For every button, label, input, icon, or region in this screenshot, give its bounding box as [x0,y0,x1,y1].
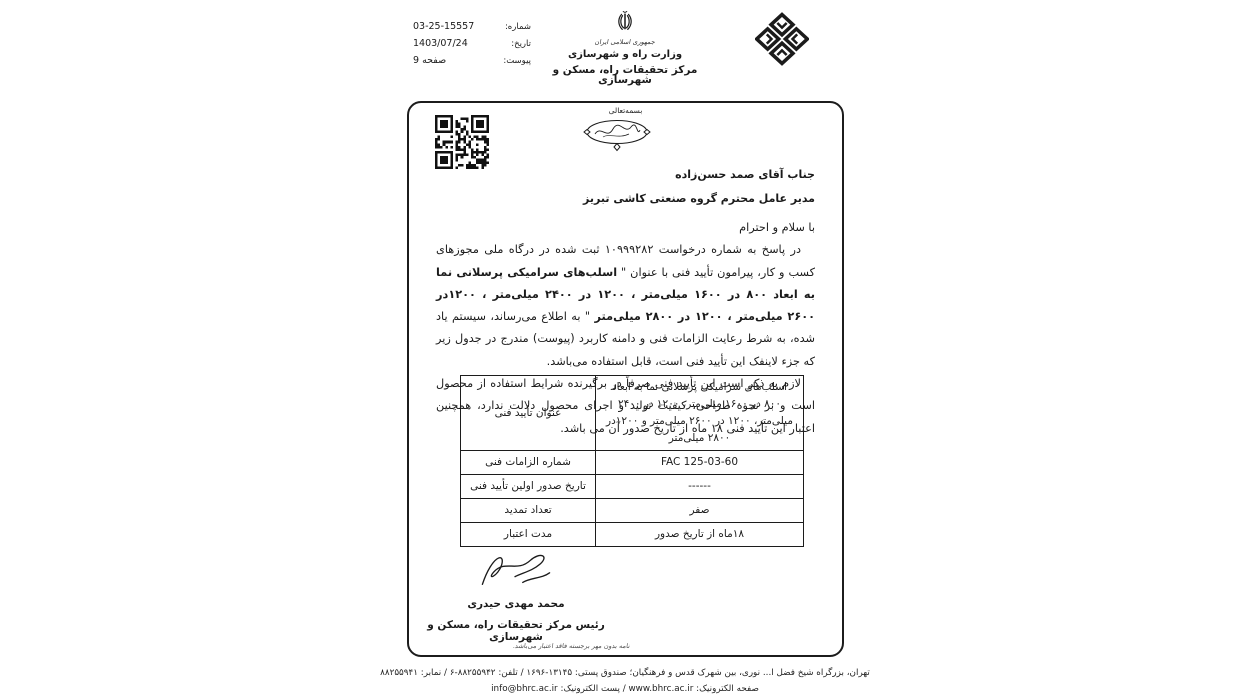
letterhead-org-block: جمهوری اسلامی ایران وزارت راه و شهرسازی … [539,6,711,86]
row-label: تعداد تمدید [461,499,596,523]
footer-web-line: صفحه الکترونیک: www.bhrc.ac.ir / پست الک… [0,682,1250,698]
letter-attachment-value: صفحه 9 [413,55,446,66]
letter-sheet: بسمه‌تعالی جناب آقای صمد حسن‌زاده مدیر ع… [407,101,844,657]
letter-number-label: شماره: [505,22,531,32]
letter-attachment-label: پیوست: [503,56,531,66]
footer-contact-block: تهران، بزرگراه شیخ فضل ا... نوری، بین شه… [0,666,1250,697]
signature-icon [423,544,609,596]
table-row: مدت اعتبار ۱۸ماه از تاریخ صدور [461,523,804,547]
technical-approval-table: عنوان تأیید فنی اسلب‌های سرامیکی پرسلانی… [460,375,804,547]
meta-attachment-row: صفحه 9 پیوست: [413,55,531,72]
org-country-name: جمهوری اسلامی ایران [538,39,711,46]
signature-block: محمد مهدی حیدری رئیس مرکز تحقیقات راه، م… [423,544,609,643]
letter-meta-block: 03-25-15557 شماره: 1403/07/24 تاریخ: صفح… [413,21,531,72]
table-row: شماره الزامات فنی 03-60-FAC 125 [461,451,804,475]
row-value: ------ [596,475,804,499]
recipient-block: جناب آقای صمد حسن‌زاده مدیر عامل محترم گ… [583,163,815,211]
table-row: تاریخ صدور اولین تأیید فنی ------ [461,475,804,499]
recipient-name: جناب آقای صمد حسن‌زاده [583,163,815,187]
calligraphy-seal [579,117,655,151]
row-label: عنوان تأیید فنی [461,376,596,451]
validity-note: نامه بدون مهر برجسته فاقد اعتبار می‌باشد… [463,642,679,650]
bhrc-logo-icon [755,12,809,66]
org-center-name: مرکز تحقیقات راه، مسکن و شهرسازی [539,65,711,86]
letter-date-value: 1403/07/24 [413,38,468,49]
org-ministry-name: وزارت راه و شهرسازی [539,50,711,60]
recipient-title: مدیر عامل محترم گروه صنعتی کاشی تبریز [583,187,815,211]
row-label: مدت اعتبار [461,523,596,547]
row-label: تاریخ صدور اولین تأیید فنی [461,475,596,499]
body-paragraph-1: در پاسخ به شماره درخواست ۱۰۹۹۹۲۸۲ ثبت شد… [436,239,815,373]
row-value: ۱۸ماه از تاریخ صدور [596,523,804,547]
qr-code [435,115,489,169]
table-row: تعداد تمدید صفر [461,499,804,523]
letter-number-value: 03-25-15557 [413,21,474,32]
besmele-text: بسمه‌تعالی [409,106,842,115]
footer-address-line: تهران، بزرگراه شیخ فضل ا... نوری، بین شه… [0,666,1250,682]
salutation: با سلام و احترام [436,217,815,239]
row-value: 03-60-FAC 125 [596,451,804,475]
letter-date-label: تاریخ: [511,39,531,49]
document-page: 03-25-15557 شماره: 1403/07/24 تاریخ: صفح… [0,0,1250,700]
table-row: عنوان تأیید فنی اسلب‌های سرامیکی پرسلانی… [461,376,804,451]
meta-number-row: 03-25-15557 شماره: [413,21,531,38]
meta-date-row: 1403/07/24 تاریخ: [413,38,531,55]
signer-title: رئیس مرکز تحقیقات راه، مسکن و شهرسازی [423,619,609,643]
signer-name: محمد مهدی حیدری [423,598,609,610]
row-label: شماره الزامات فنی [461,451,596,475]
row-value: صفر [596,499,804,523]
iran-emblem-icon [539,6,711,39]
row-value: اسلب‌های سرامیکی پرسلانی نما به ابعاد ۸۰… [596,376,804,451]
